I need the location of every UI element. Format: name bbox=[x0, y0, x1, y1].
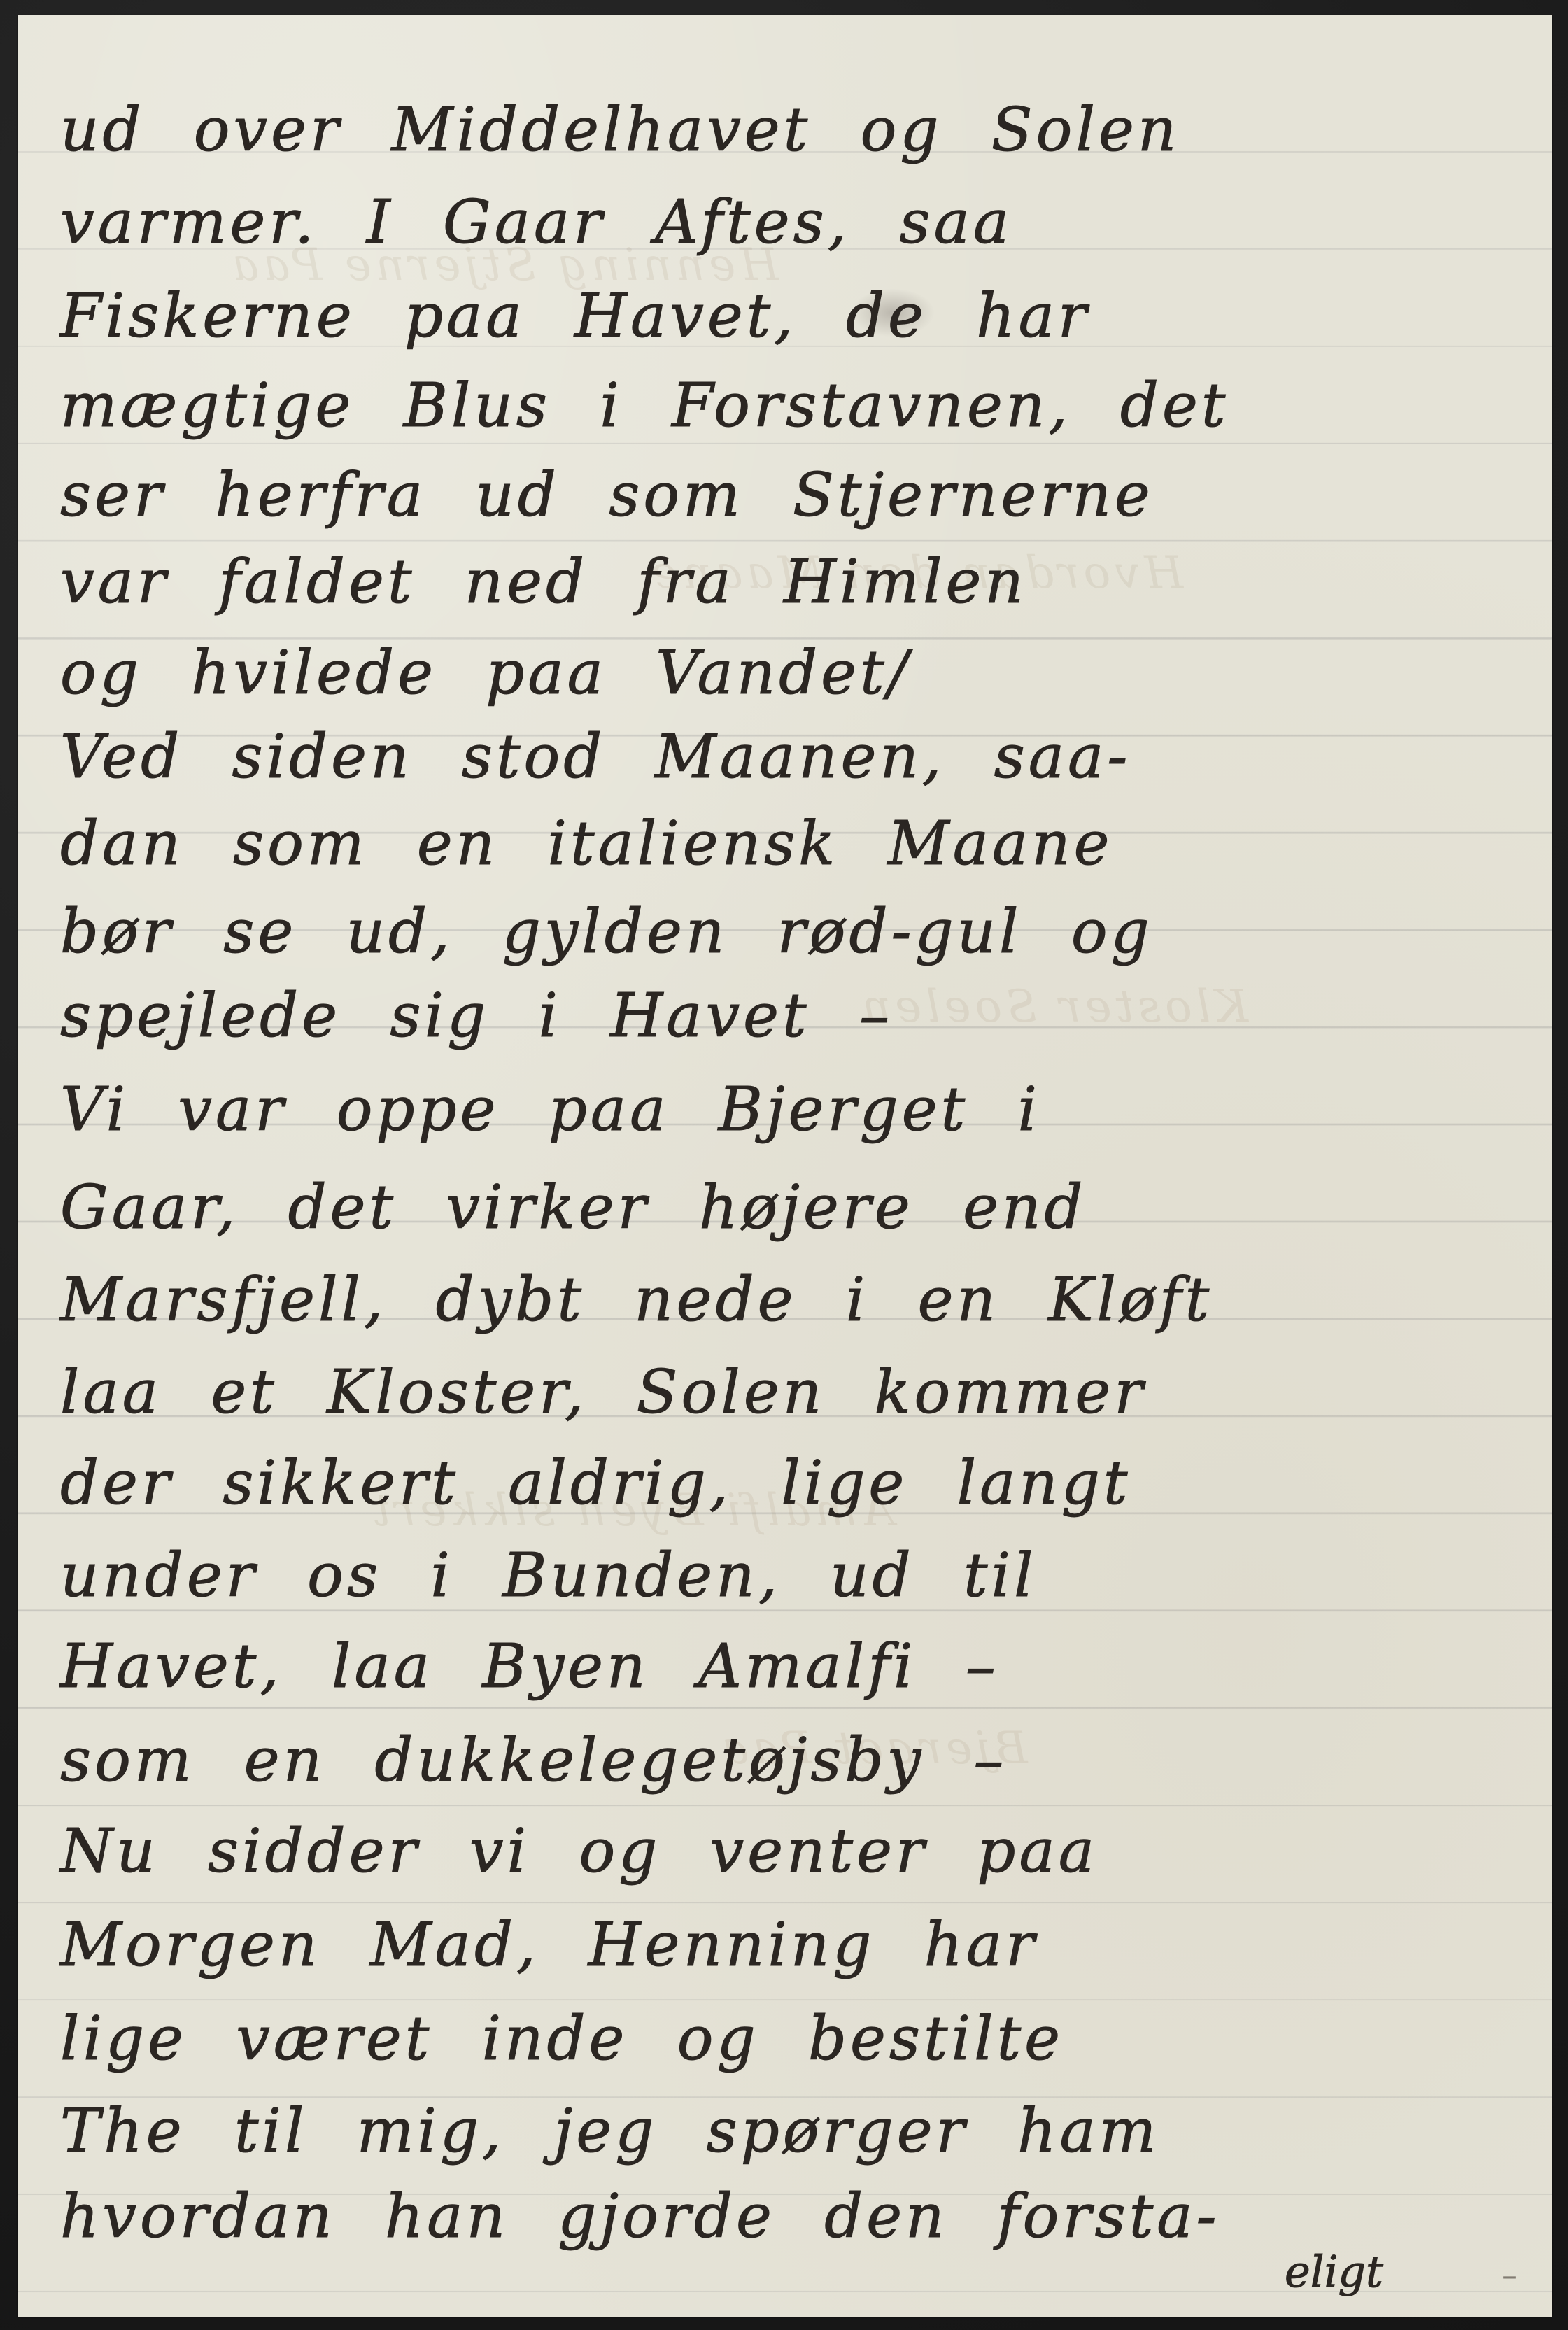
letter-line-2: varmer. I Gaar Aftes, saa bbox=[60, 178, 1551, 267]
letter-line-18: Havet, laa Byen Amalfi – bbox=[60, 1622, 1551, 1711]
letter-page: Henning Stjerne Paa Hvordan den Maane Kl… bbox=[18, 15, 1552, 2317]
letter-line-1: ud over Middelhavet og Solen bbox=[60, 85, 1551, 175]
letter-line-9: dan som en italiensk Maane bbox=[60, 799, 1551, 889]
letter-line-17: under os i Bunden, ud til bbox=[60, 1531, 1551, 1621]
letter-line-23: The til mig, jeg spørger ham bbox=[60, 2087, 1551, 2176]
letter-line-16: der sikkert aldrig, lige langt bbox=[60, 1439, 1551, 1528]
letter-line-10: bør se ud, gylden rød-gul og bbox=[60, 887, 1551, 977]
letter-line-14: Marsfjell, dybt nede i en Kløft bbox=[60, 1255, 1551, 1345]
page-turn-mark: – bbox=[1502, 2258, 1530, 2300]
continuation-word: eligt bbox=[1285, 2244, 1383, 2300]
letter-line-3: Fiskerne paa Havet, de har bbox=[60, 271, 1551, 361]
letter-line-21: Morgen Mad, Henning har bbox=[60, 1900, 1551, 1990]
letter-line-6: var faldet ned fra Himlen bbox=[60, 537, 1551, 627]
letter-line-11: spejlede sig i Havet – bbox=[60, 971, 1551, 1061]
letter-line-15: laa et Kloster, Solen kommer bbox=[60, 1348, 1551, 1437]
letter-line-5: ser herfra ud som Stjernerne bbox=[60, 451, 1551, 540]
letter-line-12: Vi var oppe paa Bjerget i bbox=[60, 1065, 1551, 1155]
letter-line-8: Ved siden stod Maanen, saa- bbox=[60, 712, 1551, 802]
letter-line-22: lige været inde og bestilte bbox=[60, 1994, 1551, 2084]
letter-line-19: som en dukkelegetøjsby – bbox=[60, 1716, 1551, 1805]
letter-line-20: Nu sidder vi og venter paa bbox=[60, 1807, 1551, 1896]
letter-line-7: og hvilede paa Vandet/ bbox=[60, 628, 1551, 718]
letter-line-4: mægtige Blus i Forstavnen, det bbox=[60, 361, 1551, 451]
letter-line-13: Gaar, det virker højere end bbox=[60, 1163, 1551, 1252]
